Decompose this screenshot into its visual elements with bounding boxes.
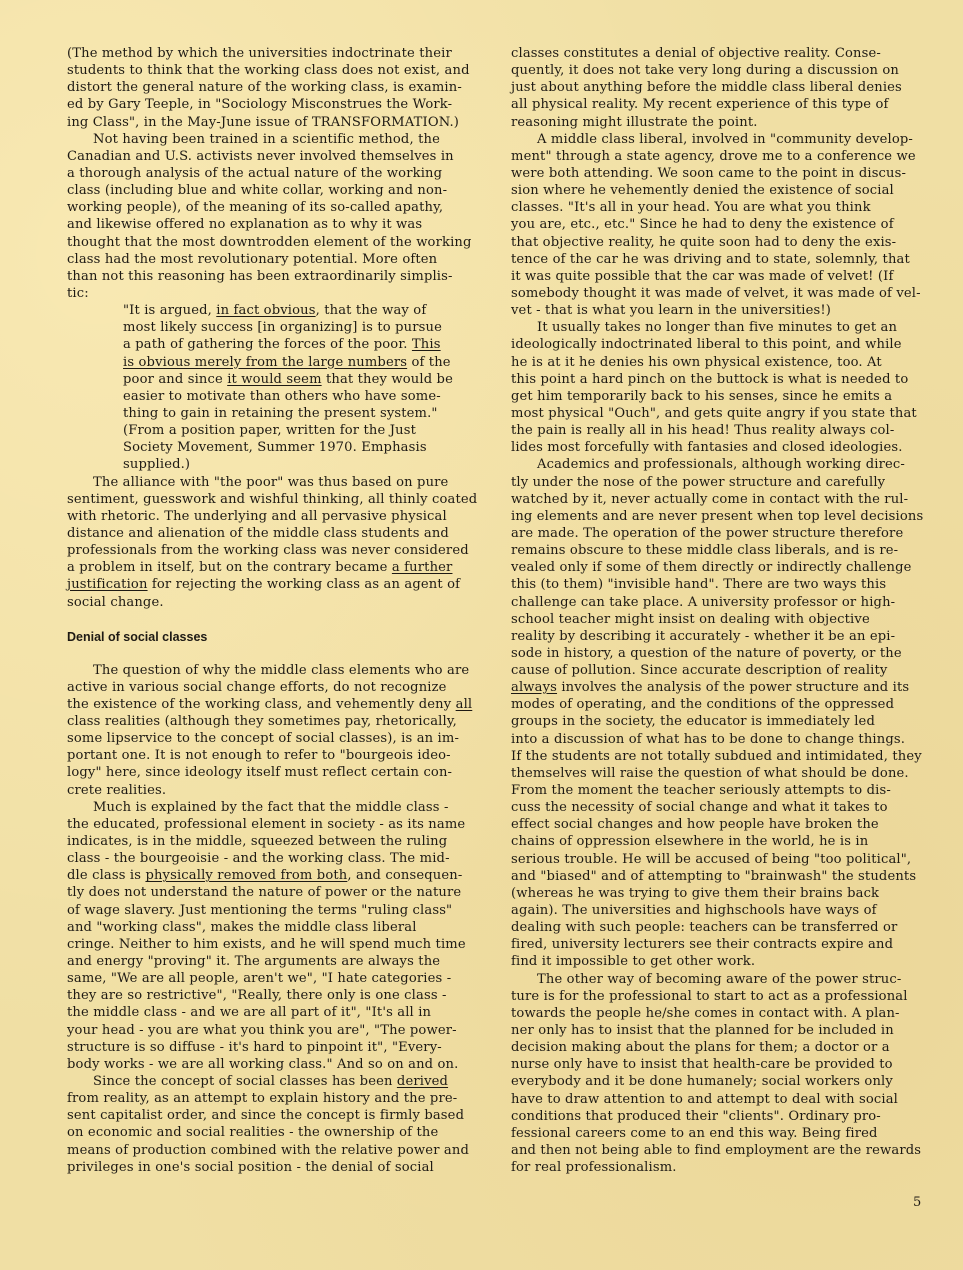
text-line: reasoning might illustrate the point. [511, 114, 943, 131]
text-line: distort the general nature of the workin… [67, 79, 479, 96]
section-heading: Denial of social classes [67, 629, 479, 646]
text-line: class (including blue and white collar, … [67, 182, 479, 199]
text-line: everybody and it be done humanely; socia… [511, 1073, 943, 1090]
text-line: and "biased" and of attempting to "brain… [511, 868, 943, 885]
text-span: dle class is [67, 868, 145, 883]
text-line: means of production combined with the re… [67, 1142, 479, 1159]
text-line: and then not being able to find employme… [511, 1142, 943, 1159]
emphasis-underline: This [412, 337, 441, 352]
text-line: cringe. Neither to him exists, and he wi… [67, 936, 479, 953]
text-line: justification for rejecting the working … [67, 576, 479, 593]
left-column: (The method by which the universities in… [67, 45, 479, 1176]
text-line: most likely success [in organizing] is t… [67, 319, 479, 336]
text-line: ing elements and are never present when … [511, 508, 943, 525]
text-span: Since the concept of social classes has … [93, 1074, 397, 1089]
text-line: all physical reality. My recent experien… [511, 96, 943, 113]
right-column: classes constitutes a denial of objectiv… [511, 45, 943, 1176]
emphasis-underline: derived [397, 1074, 448, 1089]
text-line: they are so restrictive", "Really, there… [67, 987, 479, 1004]
text-line: the middle class - and we are all part o… [67, 1004, 479, 1021]
text-line: ideologically indoctrinated liberal to t… [511, 336, 943, 353]
document-page: (The method by which the universities in… [0, 0, 963, 1270]
text-line: you are, etc., etc." Since he had to den… [511, 216, 943, 233]
text-span: , that the way of [316, 303, 427, 318]
text-line: nurse only have to insist that health-ca… [511, 1056, 943, 1073]
text-line: structure is so diffuse - it's hard to p… [67, 1039, 479, 1056]
text-line: poor and since it would seem that they w… [67, 371, 479, 388]
text-line: reality by describing it accurately - wh… [511, 628, 943, 645]
text-line: a problem in itself, but on the contrary… [67, 559, 479, 576]
text-line: The question of why the middle class ele… [67, 662, 479, 679]
text-line: Since the concept of social classes has … [67, 1073, 479, 1090]
text-line: from reality, as an attempt to explain h… [67, 1090, 479, 1107]
text-line: class realities (although they sometimes… [67, 713, 479, 730]
text-line: again). The universities and highschools… [511, 902, 943, 919]
text-line: and energy "proving" it. The arguments a… [67, 953, 479, 970]
text-line: your head - you are what you think you a… [67, 1022, 479, 1039]
paragraph-question: The question of why the middle class ele… [67, 662, 479, 799]
text-line: tly does not understand the nature of po… [67, 884, 479, 901]
text-line: school teacher might insist on dealing w… [511, 611, 943, 628]
text-line: decision making about the plans for them… [511, 1039, 943, 1056]
text-line: than not this reasoning has been extraor… [67, 268, 479, 285]
text-line: get him temporarily back to his senses, … [511, 388, 943, 405]
text-span: the existence of the working class, and … [67, 697, 456, 712]
text-line: this point a hard pinch on the buttock i… [511, 371, 943, 388]
text-line: privileges in one's social position - th… [67, 1159, 479, 1176]
text-line: thought that the most downtrodden elemen… [67, 234, 479, 251]
text-line: fired, university lecturers see their co… [511, 936, 943, 953]
text-line: tly under the nose of the power structur… [511, 474, 943, 491]
text-line: just about anything before the middle cl… [511, 79, 943, 96]
text-line: a thorough analysis of the actual nature… [67, 165, 479, 182]
text-line: remains obscure to these middle class li… [511, 542, 943, 559]
paragraph-middle-class: Much is explained by the fact that the m… [67, 799, 479, 1073]
text-line: active in various social change efforts,… [67, 679, 479, 696]
text-line: are made. The operation of the power str… [511, 525, 943, 542]
text-line: classes constitutes a denial of objectiv… [511, 45, 943, 62]
text-line: The alliance with "the poor" was thus ba… [67, 474, 479, 491]
text-line: (The method by which the universities in… [67, 45, 479, 62]
paragraph-scientific-method: Not having been trained in a scientific … [67, 131, 479, 302]
text-line: conditions that produced their "clients"… [511, 1108, 943, 1125]
text-line: sentiment, guesswork and wishful thinkin… [67, 491, 479, 508]
text-line: cause of pollution. Since accurate descr… [511, 662, 943, 679]
text-line: same, "We are all people, aren't we", "I… [67, 970, 479, 987]
text-line: thing to gain in retaining the present s… [67, 405, 479, 422]
paragraph-alliance: The alliance with "the poor" was thus ba… [67, 474, 479, 611]
text-line: A middle class liberal, involved in "com… [511, 131, 943, 148]
text-line: working people), of the meaning of its s… [67, 199, 479, 216]
paragraph-academics: Academics and professionals, although wo… [511, 456, 943, 970]
paragraph-objective-reality: classes constitutes a denial of objectiv… [511, 45, 943, 131]
text-line: It usually takes no longer than five min… [511, 319, 943, 336]
text-line: (whereas he was trying to give them thei… [511, 885, 943, 902]
text-span: "It is argued, [123, 303, 216, 318]
text-line: distance and alienation of the middle cl… [67, 525, 479, 542]
text-line: ner only has to insist that the planned … [511, 1022, 943, 1039]
text-line: challenge can take place. A university p… [511, 594, 943, 611]
text-line: easier to motivate than others who have … [67, 388, 479, 405]
text-line: vealed only if some of them directly or … [511, 559, 943, 576]
text-line: portant one. It is not enough to refer t… [67, 747, 479, 764]
text-line: ed by Gary Teeple, in "Sociology Miscons… [67, 96, 479, 113]
text-line: sion where he vehemently denied the exis… [511, 182, 943, 199]
text-line: is obvious merely from the large numbers… [67, 354, 479, 371]
text-line: sent capitalist order, and since the con… [67, 1107, 479, 1124]
text-line: it was quite possible that the car was m… [511, 268, 943, 285]
text-line: tence of the car he was driving and to s… [511, 251, 943, 268]
text-line: chains of oppression elsewhere in the wo… [511, 833, 943, 850]
text-line: effect social changes and how people hav… [511, 816, 943, 833]
text-line: dealing with such people: teachers can b… [511, 919, 943, 936]
text-line: fessional careers come to an end this wa… [511, 1125, 943, 1142]
text-span: for rejecting the working class as an ag… [148, 577, 461, 592]
text-line: quently, it does not take very long duri… [511, 62, 943, 79]
text-line: the educated, professional element in so… [67, 816, 479, 833]
text-span: involves the analysis of the power struc… [557, 680, 909, 695]
text-line: If the students are not totally subdued … [511, 748, 943, 765]
text-line: he is at it he denies his own physical e… [511, 354, 943, 371]
text-line: this (to them) "invisible hand". There a… [511, 576, 943, 593]
paragraph-concept-derived: Since the concept of social classes has … [67, 1073, 479, 1176]
text-line: ing Class", in the May-June issue of TRA… [67, 114, 479, 131]
text-line: classes. "It's all in your head. You are… [511, 199, 943, 216]
text-line: the existence of the working class, and … [67, 696, 479, 713]
text-line: groups in the society, the educator is i… [511, 713, 943, 730]
text-line: sode in history, a question of the natur… [511, 645, 943, 662]
text-line: social change. [67, 594, 479, 611]
emphasis-underline: all [456, 697, 473, 712]
citation-line: supplied.) [67, 456, 479, 473]
text-line: Academics and professionals, although wo… [511, 456, 943, 473]
emphasis-underline: a further [392, 560, 453, 575]
emphasis-underline: it would seem [227, 372, 321, 387]
text-line: that objective reality, he quite soon ha… [511, 234, 943, 251]
text-line: always involves the analysis of the powe… [511, 679, 943, 696]
text-line: and "working class", makes the middle cl… [67, 919, 479, 936]
text-line: From the moment the teacher seriously at… [511, 782, 943, 799]
text-line: logy" here, since ideology itself must r… [67, 764, 479, 781]
text-line: most physical "Ouch", and gets quite ang… [511, 405, 943, 422]
emphasis-underline: always [511, 680, 557, 695]
emphasis-underline: in fact obvious [216, 303, 315, 318]
text-line: cuss the necessity of social change and … [511, 799, 943, 816]
text-line: with rhetoric. The underlying and all pe… [67, 508, 479, 525]
text-line: lides most forcefully with fantasies and… [511, 439, 943, 456]
block-quote: "It is argued, in fact obvious, that the… [67, 302, 479, 473]
text-line: the pain is really all in his head! Thus… [511, 422, 943, 439]
text-line: indicates, is in the middle, squeezed be… [67, 833, 479, 850]
emphasis-underline: justification [67, 577, 148, 592]
text-line: serious trouble. He will be accused of b… [511, 851, 943, 868]
text-line: have to draw attention to and attempt to… [511, 1091, 943, 1108]
text-span: that they would be [322, 372, 453, 387]
text-line: watched by it, never actually come in co… [511, 491, 943, 508]
intro-paragraph: (The method by which the universities in… [67, 45, 479, 131]
text-line: ment" through a state agency, drove me t… [511, 148, 943, 165]
emphasis-underline: physically removed from both [145, 868, 347, 883]
text-line: Canadian and U.S. activists never involv… [67, 148, 479, 165]
text-line: The other way of becoming aware of the p… [511, 971, 943, 988]
text-line: somebody thought it was made of velvet, … [511, 285, 943, 302]
text-line: ture is for the professional to start to… [511, 988, 943, 1005]
text-line: Not having been trained in a scientific … [67, 131, 479, 148]
text-line: towards the people he/she comes in conta… [511, 1005, 943, 1022]
text-line: of wage slavery. Just mentioning the ter… [67, 902, 479, 919]
text-line: "It is argued, in fact obvious, that the… [67, 302, 479, 319]
text-line: tic: [67, 285, 479, 302]
text-line: dle class is physically removed from bot… [67, 867, 479, 884]
text-span: of the [407, 355, 451, 370]
text-span: a problem in itself, but on the contrary… [67, 560, 392, 575]
text-line: professionals from the working class was… [67, 542, 479, 559]
text-line: students to think that the working class… [67, 62, 479, 79]
citation-line: Society Movement, Summer 1970. Emphasis [67, 439, 479, 456]
text-line: Much is explained by the fact that the m… [67, 799, 479, 816]
citation-line: (From a position paper, written for the … [67, 422, 479, 439]
paragraph-velvet-car: A middle class liberal, involved in "com… [511, 131, 943, 320]
text-line: some lipservice to the concept of social… [67, 730, 479, 747]
text-line: and likewise offered no explanation as t… [67, 216, 479, 233]
text-line: were both attending. We soon came to the… [511, 165, 943, 182]
emphasis-underline: is obvious merely from the large numbers [123, 355, 407, 370]
text-line: for real professionalism. [511, 1159, 943, 1176]
text-span: poor and since [123, 372, 227, 387]
text-line: class had the most revolutionary potenti… [67, 251, 479, 268]
paragraph-other-way: The other way of becoming aware of the p… [511, 971, 943, 1177]
text-span: , and consequen- [347, 868, 462, 883]
text-line: modes of operating, and the conditions o… [511, 696, 943, 713]
text-line: a path of gathering the forces of the po… [67, 336, 479, 353]
text-line: themselves will raise the question of wh… [511, 765, 943, 782]
text-span: a path of gathering the forces of the po… [123, 337, 412, 352]
text-line: into a discussion of what has to be done… [511, 731, 943, 748]
text-line: body works - we are all working class." … [67, 1056, 479, 1073]
page-number: 5 [913, 1195, 921, 1210]
text-line: crete realities. [67, 782, 479, 799]
text-line: vet - that is what you learn in the univ… [511, 302, 943, 319]
text-line: on economic and social realities - the o… [67, 1124, 479, 1141]
text-line: class - the bourgeoisie - and the workin… [67, 850, 479, 867]
text-line: find it impossible to get other work. [511, 953, 943, 970]
paragraph-five-minutes: It usually takes no longer than five min… [511, 319, 943, 456]
